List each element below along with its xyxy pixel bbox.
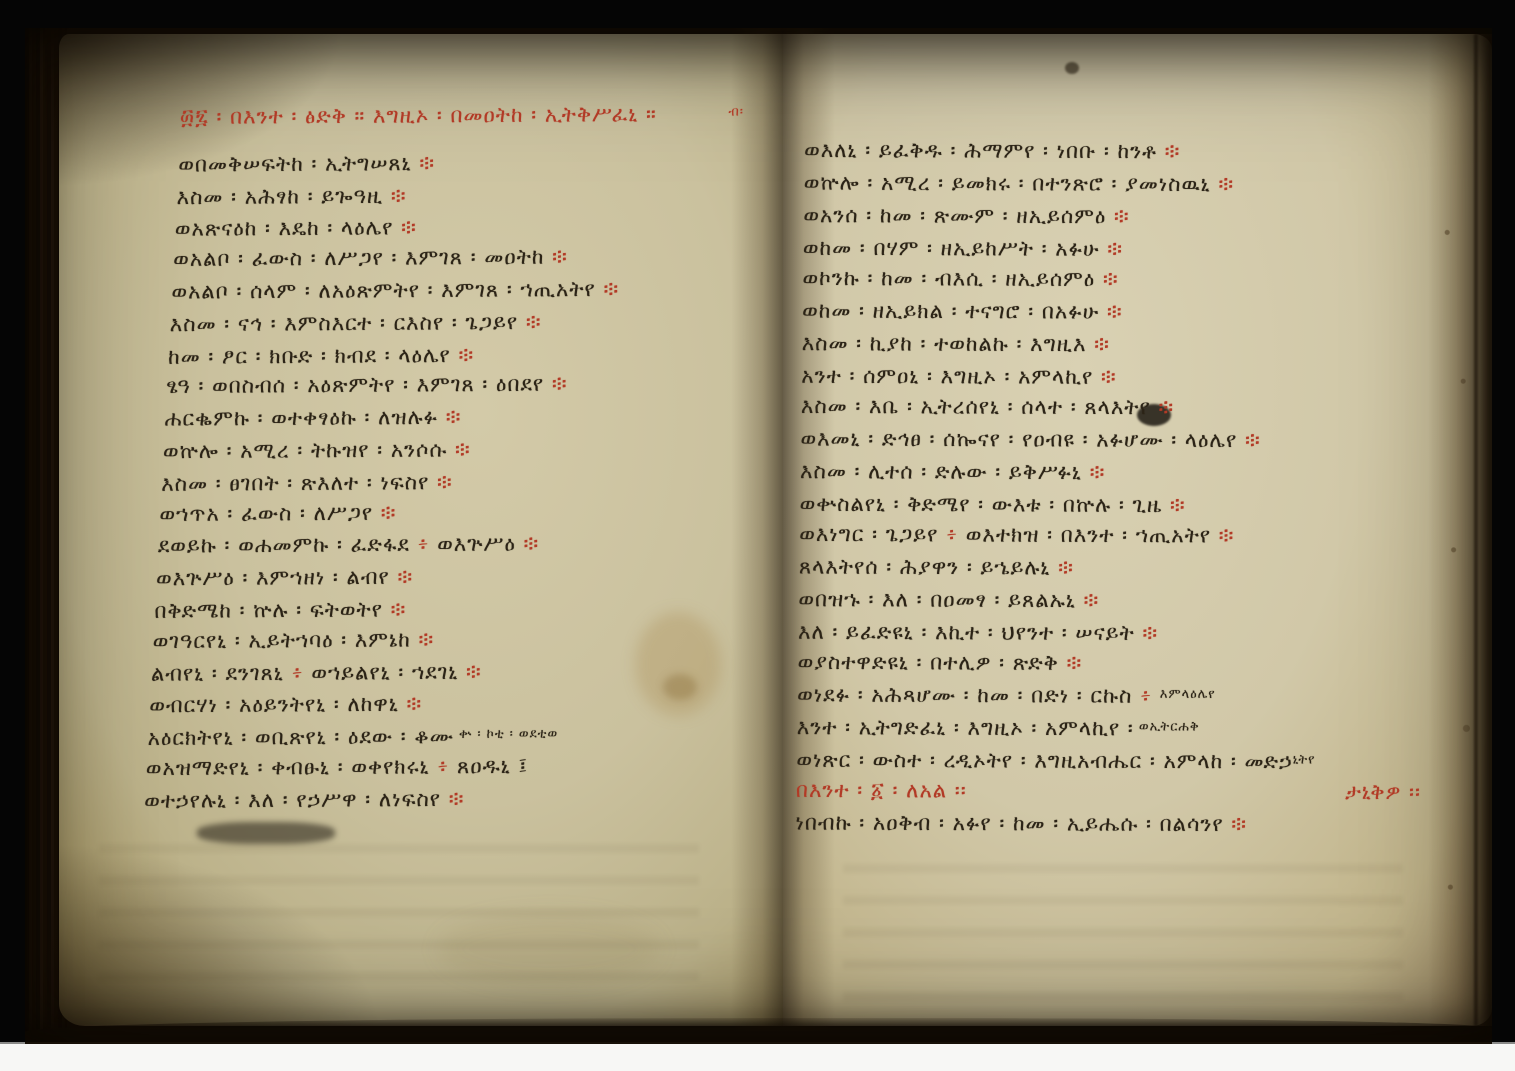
manuscript-line: ወገዓርየኒ ፡ ኢይትኀባዕ ፡ እምኔከ ፨ xyxy=(153,625,784,661)
manuscript-line: እለ ፡ ይፈድዩኒ ፡ እኪተ ፡ ህየንተ ፡ ሠናይት ፨ xyxy=(798,620,1458,654)
black-ink-text: ወከመ ፡ በሃም ፡ ዘኢይከሥት ፡ አፉሁ xyxy=(803,236,1100,262)
black-ink-text: ወእጕሥዕ ፡ እምኀዘነ ፡ ልብየ xyxy=(156,565,390,591)
black-ink-text: አዕርክትየኒ ፡ ወቢጽየኒ ፡ ዕደው ፡ ቆሙ xyxy=(148,724,454,751)
red-ink-text: ፨ xyxy=(1237,428,1261,453)
black-ink-text: ወኮንኩ ፡ ከመ ፡ ብእሲ ፡ ዘኢይሰምዕ xyxy=(803,266,1096,292)
manuscript-line: ወነደፉ ፡ አሕጻሆሙ ፡ ከመ ፡ በድነ ፡ ርኩስ ፥ እምላዕሌየ xyxy=(797,683,1457,717)
black-ink-text: ወአልቦ ፡ ፈውስ ፡ ለሥጋየ ፡ እምገጸ ፡ መዐትከ xyxy=(173,245,544,272)
manuscript-line: ደወይኩ ፡ ወሐመምኩ ፡ ፈድፋደ ፥ ወእጕሥዕ ፨ xyxy=(158,530,783,566)
manuscript-line: ወኮንኩ ፡ ከመ ፡ ብእሲ ፡ ዘኢይሰምዕ ፨ xyxy=(802,266,1458,300)
manuscript-line: ወአዝማድየኒ ፡ ቀብፁኒ ፡ ወቀየክሩኒ ፥ ጸዐዱኒ ፤ xyxy=(146,752,784,788)
red-ink-text: ፥ xyxy=(1132,684,1160,709)
red-ink-text: ፨ xyxy=(1151,395,1175,420)
red-ink-text: ፨ xyxy=(1082,460,1106,485)
manuscript-line: ወእለኒ ፡ ይፈቅዱ ፡ ሕማምየ ፡ ነበቡ ፡ ከንቶ ፨ xyxy=(804,138,1459,172)
black-ink-text: እስመ ፡ አሕፃከ ፡ ይጐዓዚ xyxy=(177,183,384,209)
manuscript-line: ፄዓ ፡ ወበስብሰ ፡ አዕጽምትየ ፡ እምገጸ ፡ ዕበደየ ፨ xyxy=(166,371,781,407)
red-ink-text: ፨ xyxy=(383,597,407,622)
manuscript-line: እስመ ፡ አሕፃከ ፡ ይጐዓዚ ፨ xyxy=(177,181,781,216)
red-ink-text: ፨ xyxy=(1106,204,1130,229)
black-ink-text: ወኵሎ ፡ አሚረ ፡ ይመክሩ ፡ በተንጽሮ ፡ ያመነስዉኒ xyxy=(804,171,1211,197)
scan-mat xyxy=(0,1042,1515,1071)
red-ink-text: ፨ xyxy=(447,437,471,462)
black-ink-text: እንተ ፡ ኢትግድፈኒ ፡ እግዚኦ ፡ አምላኪየ ፡ xyxy=(797,715,1134,741)
black-ink-text: ወእጕሥዕ xyxy=(437,532,516,557)
red-ink-text: ፴፯ ፡ በእንተ ፡ ፅድቅ ። እግዚኦ ፡ በመዐትከ ፡ ኢትቅሥፈኒ … xyxy=(180,102,657,130)
black-ink-text: እስመ ፡ ኪያከ ፡ ተወከልኩ ፡ እግዚእ xyxy=(802,331,1087,357)
manuscript-line: ወእጕሥዕ ፡ እምኀዘነ ፡ ልብየ ፨ xyxy=(156,563,783,599)
red-ink-text: ፥ xyxy=(938,522,966,547)
red-ink-text: ፨ xyxy=(1135,621,1159,646)
manuscript-line: ወቍስልየኒ ፡ ቅድሜየ ፡ ውእቱ ፡ በኵሉ ፡ ጊዜ ፨ xyxy=(800,492,1458,526)
black-ink-text: ቍ ፡ ኮቲ ፡ ወደቲወ xyxy=(454,727,558,743)
red-ink-text: ፨ xyxy=(1059,651,1083,676)
black-ink-text: ልብየኒ ፡ ደንገጸኒ xyxy=(151,660,284,686)
manuscript-line: በእንተ ፡ ፩ ፡ ለአል ፡፡ታኒቅዎ ፡፡ xyxy=(796,778,1457,812)
manuscript-photo: ፴፯ ፡ በእንተ ፡ ፅድቅ ። እግዚኦ ፡ በመዐትከ ፡ ኢትቅሥፈኒ … xyxy=(0,0,1515,1071)
red-ink-text: ፨ xyxy=(1086,332,1110,357)
black-ink-text: ፄዓ ፡ ወበስብሰ ፡ አዕጽምትየ ፡ እምገጸ ፡ ዕበደየ xyxy=(166,372,544,399)
black-ink-text: ወአጽናዕከ ፡ እዴከ ፡ ላዕሌየ xyxy=(175,216,394,242)
manuscript-line: ወተኃየሉኒ ፡ እለ ፡ የኃሥዋ ፡ ለነፍስየ ፨ xyxy=(144,785,784,821)
black-ink-text: ወብርሃነ ፡ አዕይንትየኒ ፡ ለከዋኒ xyxy=(149,692,399,719)
red-ink-text: በእንተ ፡ ፩ ፡ ለአል ፡፡ xyxy=(796,778,967,804)
red-ink-text: ፨ xyxy=(399,692,423,717)
black-ink-text: ደወይኩ ፡ ወሐመምኩ ፡ ፈድፋደ xyxy=(158,533,410,560)
red-ink-text: ፨ xyxy=(429,470,453,495)
black-ink-text: ኒትየ xyxy=(1293,752,1316,767)
right-page-text: ወእለኒ ፡ ይፈቅዱ ፡ ሕማምየ ፡ ነበቡ ፡ ከንቶ ፨ወኵሎ ፡ አሚ… xyxy=(802,139,1459,845)
black-ink-text: ወኀጥአ ፡ ፈውስ ፡ ለሥጋየ xyxy=(159,500,373,526)
stain xyxy=(439,914,659,984)
red-ink-text: ፨ xyxy=(516,532,540,557)
black-ink-text: ወእነግር ፡ ጌጋይየ xyxy=(799,522,938,547)
red-ink-text: ፨ xyxy=(518,310,542,335)
red-ink-text: ፨ xyxy=(1162,493,1186,518)
black-ink-text: እስመ ፡ ናኅ ፡ እምስእርተ ፡ ርእስየ ፡ ጌጋይየ xyxy=(170,310,519,337)
manuscript-line: ወአልቦ ፡ ሰላም ፡ ለአዕጽምትየ ፡ እምገጸ ፡ ኀጢአትየ ፨ xyxy=(171,276,781,312)
black-ink-text: ወተኃየሉኒ ፡ እለ ፡ የኃሥዋ ፡ ለነፍስየ xyxy=(144,787,441,814)
black-ink-text: ወከመ ፡ ዘኢይክል ፡ ተናግሮ ፡ በአፉሁ xyxy=(802,299,1099,325)
manuscript-line: ጸላእትየሰ ፡ ሕያዋን ፡ ይኄይሉኒ ፨ xyxy=(799,555,1458,589)
manuscript-line: እስመ ፡ ሊተሰ ፡ ድሉው ፡ ይቅሥፉኒ ፨ xyxy=(800,459,1458,493)
manuscript-line: ወአንሰ ፡ ከመ ፡ ጽሙም ፡ ዘኢይሰምዕ ፨ xyxy=(803,203,1459,237)
black-ink-text: ሐርቈምኩ ፡ ወተቀፃዕኩ ፡ ለዝሉፉ xyxy=(165,405,439,432)
manuscript-line: ሐርቈምኩ ፡ ወተቀፃዕኩ ፡ ለዝሉፉ ፨ xyxy=(165,403,782,439)
black-ink-text: ጸዐዱኒ ፤ xyxy=(457,754,528,779)
manuscript-line: ወብርሃነ ፡ አዕይንትየኒ ፡ ለከዋኒ ፨ xyxy=(149,690,783,726)
black-ink-text: እምላዕሌየ xyxy=(1160,687,1216,702)
red-ink-text: ፨ xyxy=(438,405,462,430)
corner-shadow xyxy=(45,842,385,1042)
red-ink-text: ብ፡ xyxy=(728,104,743,119)
black-ink-text: ወያስተዋድዩኒ ፡ በተሊዎ ፡ ጽድቅ xyxy=(798,650,1059,676)
manuscript-line: ወከመ ፡ ዘኢይክል ፡ ተናግሮ ፡ በአፉሁ ፨ xyxy=(802,299,1459,333)
manuscript-line: ነበብኩ ፡ አዐቅብ ፡ አፉየ ፡ ከመ ፡ ኢይሔሱ ፡ በልሳንየ ፨ xyxy=(795,811,1456,845)
red-ink-text: ፨ xyxy=(1093,365,1117,390)
black-ink-text: ወአልቦ ፡ ሰላም ፡ ለአዕጽምትየ ፡ እምገጸ ፡ ኀጢአትየ xyxy=(171,277,595,305)
red-ink-text: ፨ xyxy=(412,151,436,176)
black-ink-text: ወኵሎ ፡ አሚረ ፡ ትኩዝየ ፡ አንሶሱ xyxy=(163,437,448,464)
red-ink-text: ፨ xyxy=(390,565,414,590)
black-ink-text: እስመ ፡ ሊተሰ ፡ ድሉው ፡ ይቅሥፉኒ xyxy=(800,459,1082,485)
black-ink-text: እስመ ፡ ፀገበት ፡ ጽእለተ ፡ ነፍስየ xyxy=(161,470,429,497)
black-ink-text: ወኢትርሐቅ xyxy=(1134,719,1200,734)
red-ink-text: ፨ xyxy=(1211,523,1235,548)
manuscript-line: ወበዝኁ ፡ እለ ፡ በዐመፃ ፡ ይጸልኡኒ ፨ xyxy=(798,587,1457,621)
red-ink-text: ፥ xyxy=(410,532,438,557)
manuscript-line: ልብየኒ ፡ ደንገጸኒ ፥ ወኀይልየኒ ፡ ኀደገኒ ፨ xyxy=(151,657,783,693)
manuscript-line: እስመ ፡ እቤ ፡ ኢትረሰየኒ ፡ ሰላተ ፡ ጸላእትየ ፨ xyxy=(801,394,1458,428)
manuscript-line: እስመ ፡ ናኅ ፡ እምስእርተ ፡ ርእስየ ፡ ጌጋይየ ፨ xyxy=(170,308,782,344)
red-ink-text: ፨ xyxy=(1157,139,1181,164)
black-ink-text: በቅድሜከ ፡ ኵሉ ፡ ፍትወትየ xyxy=(154,597,383,623)
manuscript-line: አንተ ፡ ሰምዐኒ ፡ እግዚኦ ፡ አምላኪየ ፨ xyxy=(801,364,1458,398)
black-ink-text: ነበብኩ ፡ አዐቅብ ፡ አፉየ ፡ ከመ ፡ ኢይሔሱ ፡ በልሳንየ xyxy=(796,811,1224,837)
red-ink-text: ፥ xyxy=(430,754,458,779)
black-ink-text: ወእመኒ ፡ ድኅፀ ፡ ሰኰናየ ፡ የዐብዩ ፡ አፉሆሙ ፡ ላዕሌየ xyxy=(800,427,1237,454)
manuscript-line: እንተ ፡ ኢትግድፈኒ ፡ እግዚኦ ፡ አምላኪየ ፡ ወኢትርሐቅ xyxy=(797,715,1457,749)
black-ink-text: እለ ፡ ይፈድዩኒ ፡ እኪተ ፡ ህየንተ ፡ ሠናይት xyxy=(798,620,1135,646)
red-ink-text: ፨ xyxy=(1099,300,1123,325)
manuscript-line: ወእመኒ ፡ ድኅፀ ፡ ሰኰናየ ፡ የዐብዩ ፡ አፉሆሙ ፡ ላዕሌየ ፨ xyxy=(800,427,1458,461)
manuscript-line: ወኵሎ ፡ አሚረ ፡ ይመክሩ ፡ በተንጽሮ ፡ ያመነስዉኒ ፨ xyxy=(804,171,1459,205)
black-ink-text: ወአዝማድየኒ ፡ ቀብፁኒ ፡ ወቀየክሩኒ xyxy=(146,754,430,781)
manuscript-line: ወነጽር ፡ ውስተ ፡ ረዲኦትየ ፡ እግዚአብሔር ፡ አምላከ ፡ መድ… xyxy=(796,748,1457,782)
manuscript-line: ወያስተዋድዩኒ ፡ በተሊዎ ፡ ጽድቅ ፨ xyxy=(798,650,1458,684)
ink-smear xyxy=(197,822,335,844)
black-ink-text: ጸላእትየሰ ፡ ሕያዋን ፡ ይኄይሉኒ xyxy=(799,555,1051,581)
black-ink-text: ወእለኒ ፡ ይፈቅዱ ፡ ሕማምየ ፡ ነበቡ ፡ ከንቶ xyxy=(804,138,1157,164)
black-ink-text: ወበመቅሠፍትከ ፡ ኢትግሠጸኒ xyxy=(178,151,411,177)
red-ink-text: ፨ xyxy=(1224,812,1248,837)
black-ink-text: እስመ ፡ እቤ ፡ ኢትረሰየኒ ፡ ሰላተ ፡ ጸላእትየ xyxy=(801,394,1151,420)
black-ink-text: አንተ ፡ ሰምዐኒ ፡ እግዚኦ ፡ አምላኪየ xyxy=(801,364,1093,390)
show-through-text xyxy=(843,864,1403,1014)
black-ink-text: ከመ ፡ ፆር ፡ ክቡድ ፡ ክብደ ፡ ላዕሌየ xyxy=(168,343,451,370)
red-ink-text: ፨ xyxy=(1100,237,1124,262)
black-ink-text: ወነጽር ፡ ውስተ ፡ ረዲኦትየ ፡ እግዚአብሔር ፡ አምላከ ፡ መድ… xyxy=(796,748,1292,775)
red-ink-text: ፨ xyxy=(1211,172,1235,197)
red-ink-text: ፨ xyxy=(544,245,568,270)
black-ink-text: ወነደፉ ፡ አሕጻሆሙ ፡ ከመ ፡ በድነ ፡ ርኩስ xyxy=(797,683,1132,709)
manuscript-line: ወእነግር ፡ ጌጋይየ ፥ ወእተክዝ ፡ በእንተ ፡ ኀጢአትየ ፨ xyxy=(799,522,1458,556)
red-ink-text: ፨ xyxy=(1095,267,1119,292)
red-ink-text: ፨ xyxy=(544,372,568,397)
red-ink-text: ፨ xyxy=(1076,588,1100,613)
red-ink-text: ፨ xyxy=(1050,555,1074,580)
red-ink-text: ፨ xyxy=(411,627,435,652)
red-ink-text: ታኒቅዎ ፡፡ xyxy=(1345,780,1421,805)
left-page-text: ፴፯ ፡ በእንተ ፡ ፅድቅ ። እግዚኦ ፡ በመዐትከ ፡ ኢትቅሥፈኒ … xyxy=(180,102,784,820)
black-ink-text: ወገዓርየኒ ፡ ኢይትኀባዕ ፡ እምኔከ xyxy=(153,627,411,654)
manuscript-line: ወበመቅሠፍትከ ፡ ኢትግሠጸኒ ፨ xyxy=(178,149,780,184)
manuscript-line: ወኀጥአ ፡ ፈውስ ፡ ለሥጋየ ፨ xyxy=(159,498,782,534)
black-ink-text: ወኀይልየኒ ፡ ኀደገኒ xyxy=(311,659,458,685)
manuscript-line: እስመ ፡ ኪያከ ፡ ተወከልኩ ፡ እግዚእ ፨ xyxy=(802,331,1459,365)
red-ink-text: ፨ xyxy=(383,183,407,208)
black-ink-text: ወእተክዝ ፡ በእንተ ፡ ኀጢአትየ xyxy=(966,523,1211,549)
manuscript-line: ወአልቦ ፡ ፈውስ ፡ ለሥጋየ ፡ እምገጸ ፡ መዐትከ ፨ xyxy=(173,243,781,279)
black-ink-text: ወአንሰ ፡ ከመ ፡ ጽሙም ፡ ዘኢይሰምዕ xyxy=(803,203,1106,229)
red-ink-text: ፨ xyxy=(373,500,397,525)
stain xyxy=(1065,62,1079,74)
red-ink-text: ፨ xyxy=(441,787,465,812)
black-ink-text: ወቍስልየኒ ፡ ቅድሜየ ፡ ውእቱ ፡ በኵሉ ፡ ጊዜ xyxy=(800,492,1163,518)
red-ink-text: ፨ xyxy=(451,343,475,368)
manuscript-line: ወኵሎ ፡ አሚረ ፡ ትኩዝየ ፡ አንሶሱ ፨ xyxy=(163,435,782,471)
red-ink-text: ፨ xyxy=(596,277,620,302)
rubric-line: ፴፯ ፡ በእንተ ፡ ፅድቅ ። እግዚኦ ፡ በመዐትከ ፡ ኢትቅሥፈኒ … xyxy=(180,101,780,136)
red-ink-text: ፨ xyxy=(393,216,417,241)
black-ink-text: ወበዝኁ ፡ እለ ፡ በዐመፃ ፡ ይጸልኡኒ xyxy=(798,587,1076,613)
manuscript-line: ወከመ ፡ በሃም ፡ ዘኢይከሥት ፡ አፉሁ ፨ xyxy=(803,236,1459,270)
book-bottom-edge xyxy=(25,1018,1492,1044)
page-edge-line xyxy=(1474,34,1478,1026)
red-ink-text: ፥ xyxy=(284,660,312,685)
red-ink-text: ፨ xyxy=(458,659,482,684)
